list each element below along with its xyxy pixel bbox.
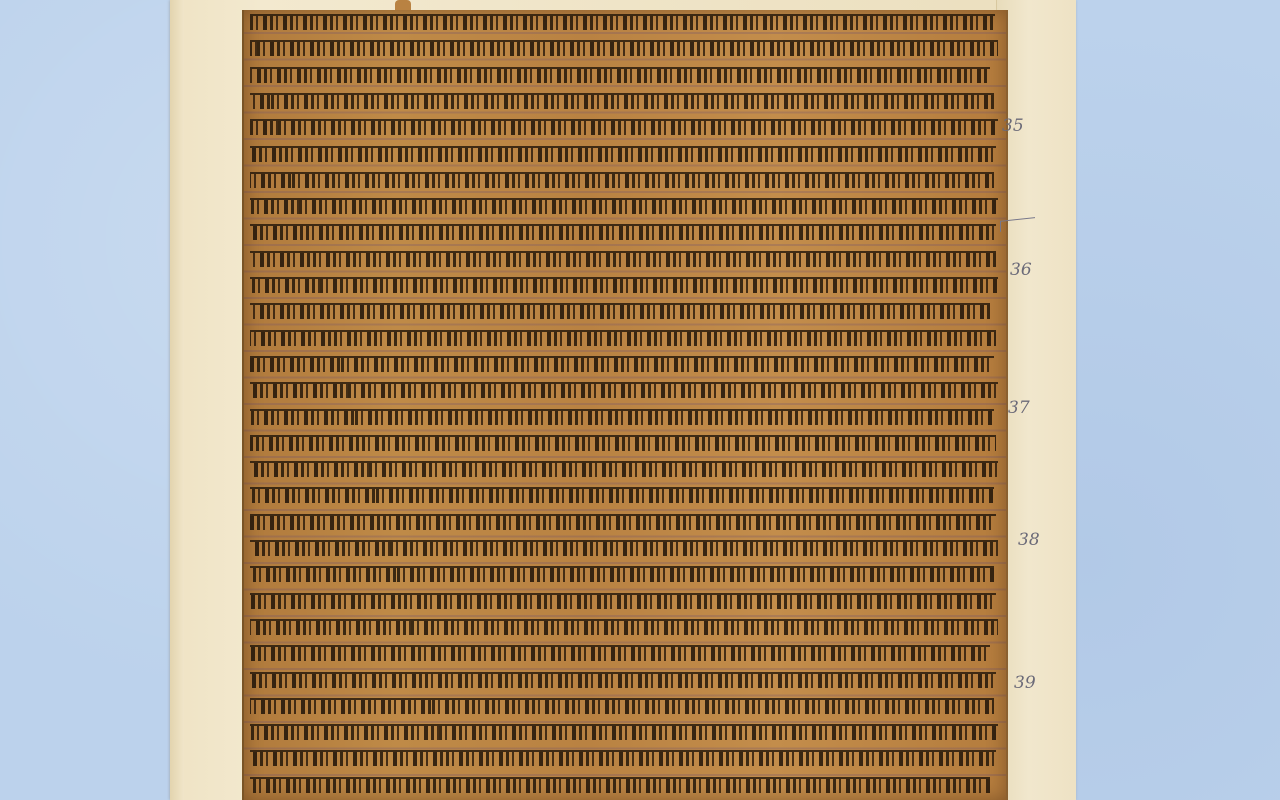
handwritten-text [250,645,990,661]
handwritten-text [250,119,998,135]
folio-number: 35 [1002,116,1024,136]
handwritten-text [250,487,994,503]
manuscript-line [250,722,1000,740]
handwritten-text [250,461,998,477]
manuscript-line [250,512,1000,530]
handwritten-text [250,330,996,346]
folio-number: 39 [1014,673,1036,693]
manuscript-line [250,144,1000,162]
manuscript-line [250,222,1000,240]
manuscript-line [250,670,1000,688]
handwritten-text [250,409,994,425]
handwritten-text [250,435,996,451]
manuscript-line [250,328,1000,346]
manuscript-folio [242,10,1008,800]
folio-number: 37 [1008,398,1030,418]
manuscript-line [250,407,1000,425]
folio-number: 38 [1018,530,1040,550]
manuscript-line [250,65,1000,83]
manuscript-line [250,354,1000,372]
handwritten-text [250,514,996,530]
handwritten-text [250,724,998,740]
manuscript-line [250,91,1000,109]
handwritten-text [250,382,998,398]
handwritten-text [250,277,998,293]
handwritten-text [250,698,994,714]
handwritten-text [250,67,990,83]
handwritten-text [250,593,996,609]
manuscript-line [250,538,1000,556]
manuscript-line [250,485,1000,503]
manuscript-line [250,617,1000,635]
manuscript-line [250,275,1000,293]
handwritten-text [250,14,995,30]
handwritten-text [250,146,996,162]
manuscript-line [250,564,1000,582]
handwritten-text [250,224,996,240]
manuscript-line [250,748,1000,766]
handwritten-text [250,303,990,319]
manuscript-line [250,117,1000,135]
handwritten-text [250,672,996,688]
manuscript-line [250,170,1000,188]
manuscript-line [250,459,1000,477]
handwritten-text [250,172,994,188]
manuscript-line [250,591,1000,609]
handwritten-text [250,619,998,635]
handwritten-text [250,93,994,109]
handwritten-text [250,777,990,793]
handwritten-text [250,540,998,556]
manuscript-line [250,696,1000,714]
manuscript-line [250,380,1000,398]
manuscript-line [250,38,1000,56]
handwritten-text [250,40,998,56]
mount-left-edge [170,0,184,800]
handwritten-text [250,251,996,267]
manuscript-line [250,249,1000,267]
handwritten-text [250,566,994,582]
handwritten-text [250,198,998,214]
folio-number: 36 [1010,260,1032,280]
handwritten-text [250,356,994,372]
manuscript-line [250,433,1000,451]
manuscript-line [250,643,1000,661]
manuscript-line [250,301,1000,319]
manuscript-line [250,12,1000,30]
manuscript-line [250,775,1000,793]
manuscript-line [250,196,1000,214]
handwritten-text [250,750,996,766]
